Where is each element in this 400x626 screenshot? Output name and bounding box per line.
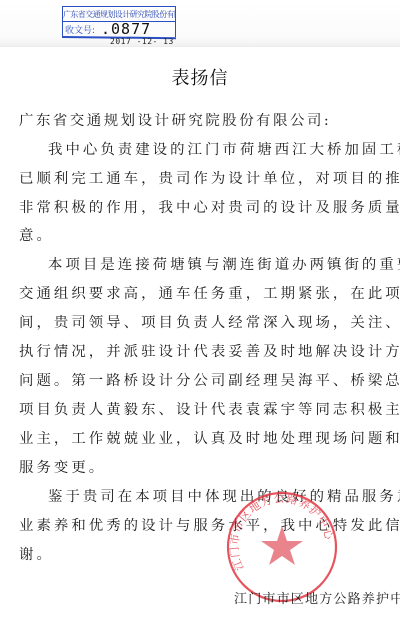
letter-page: 广东省交通规划设计研究院股份有限公司 收文号: .0877 2017 -12- … <box>0 0 400 626</box>
body-line: 本项目是连接荷塘镇与潮连街道办两镇街的重要通道， <box>48 255 400 275</box>
body-line: 执行情况，并派驻设计代表妥善及时地解决设计方面的相关 <box>19 342 400 362</box>
body-line: 间，贵司领导、项目负责人经常深入现场，关注、了解设计 <box>19 313 400 333</box>
body-line: 项目负责人黄毅东、设计代表袁霖宇等同志积极主动地配合 <box>19 400 400 420</box>
receipt-number-row: 收文号: .0877 <box>62 21 176 37</box>
body-line: 交通组织要求高，通车任务重，工期紧张，在此项目建设期 <box>19 284 400 304</box>
body-line: 非常积极的作用，我中心对贵司的设计及服务质量十分满 <box>19 198 400 218</box>
body-line: 服务变更。 <box>19 458 106 478</box>
body-line: 业主，工作兢兢业业，认真及时地处理现场问题和完成各项 <box>19 429 400 449</box>
signature: 江门市市区地方公路养护中心 <box>234 588 400 607</box>
star-icon <box>261 526 303 565</box>
body-line: 谢。 <box>19 545 54 565</box>
salutation: 广东省交通规划设计研究院股份有限公司: <box>19 111 331 131</box>
body-line: 意。 <box>19 226 54 246</box>
receipt-stamp: 广东省交通规划设计研究院股份有限公司 收文号: .0877 2017 -12- … <box>62 6 176 52</box>
receipt-date: 2017 -12- 13 <box>110 37 174 46</box>
official-seal: 江门市市区地方公路养护中心 <box>225 490 339 604</box>
body-line: 问题。第一路桥设计分公司副经理吴海平、桥梁总工何海、 <box>19 371 400 391</box>
receipt-number: .0877 <box>101 20 151 38</box>
scan-header-shade <box>0 0 400 47</box>
body-line: 已顺利完工通车，贵司作为设计单位，对项目的推进起到了 <box>19 169 400 189</box>
body-line: 业素养和优秀的设计与服务水平，我中心特发此信表示感 <box>19 516 400 536</box>
letter-title: 表扬信 <box>0 64 400 90</box>
body-line: 鉴于贵司在本项目中体现出的良好的精品服务意识、职 <box>48 487 400 507</box>
receipt-label: 收文号: <box>65 23 95 36</box>
body-line: 我中心负责建设的江门市荷塘西江大桥加固工程项目 <box>48 140 400 160</box>
